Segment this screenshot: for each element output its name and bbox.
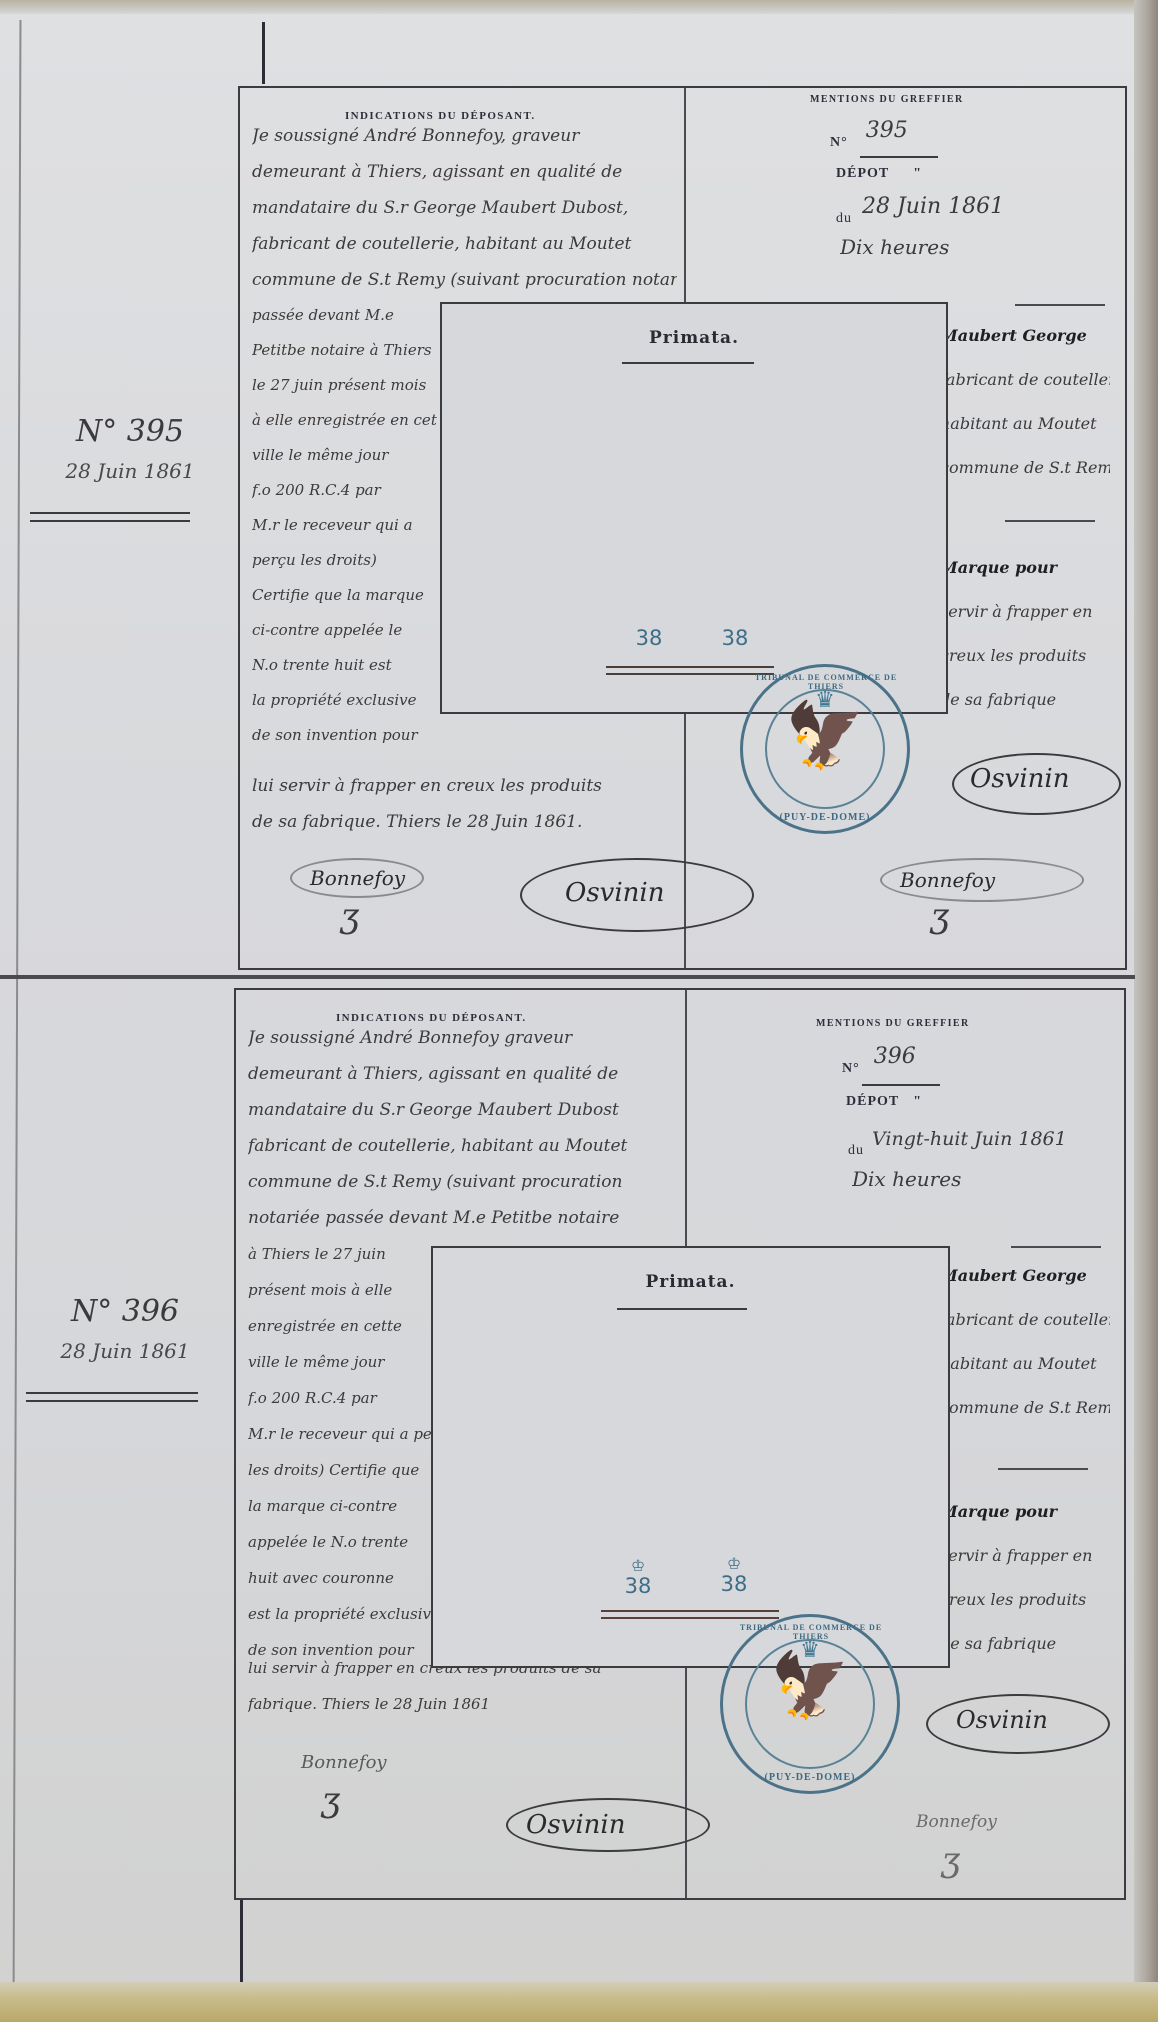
signature-paraphe: ʒ: [930, 896, 949, 936]
greffier-date: du 28 Juin 1861: [836, 192, 1004, 227]
text-line: demeurant à Thiers, agissant en qualité …: [248, 1056, 683, 1092]
text-line: ville le même jour: [252, 438, 437, 473]
text-line: lui servir à frapper en creux les produi…: [252, 768, 677, 804]
no-value: 395: [866, 116, 908, 146]
text-line: demeurant à Thiers, agissant en qualité …: [252, 154, 677, 190]
no-label: N°: [842, 1061, 860, 1076]
mark-line: creux les produits: [940, 634, 1110, 678]
deposant-text-full: Je soussigné André Bonnefoy graveur deme…: [248, 1020, 683, 1236]
signature-paraphe: ʒ: [340, 896, 359, 936]
margin-note-number: N° 396: [30, 1290, 220, 1334]
no-value: 396: [874, 1042, 916, 1072]
text-line: notariée passée devant M.e Petitbe notai…: [248, 1200, 683, 1236]
text-line: ville le même jour: [248, 1344, 433, 1380]
section-rule: [1005, 520, 1095, 522]
text-line: N.o trente huit est: [252, 648, 437, 683]
primata-title: Primata.: [433, 1272, 948, 1292]
owner-line: habitant au Moutet: [940, 1342, 1110, 1386]
signature-flourish: [506, 1798, 710, 1852]
seal-text-bottom: (PUY-DE-DOME): [743, 812, 907, 823]
text-line: présent mois à elle: [248, 1272, 433, 1308]
text-line: M.r le receveur qui a perçu: [248, 1416, 433, 1452]
mark-line: de sa fabrique: [940, 1622, 1110, 1666]
crown-icon: ♔: [709, 1556, 759, 1572]
tribunal-seal-395: ♛ 🦅 TRIBUNAL DE COMMERCE DE THIERS (PUY-…: [740, 664, 910, 834]
margin-rule: [13, 20, 22, 2010]
greffier-date: du Vingt-huit Juin 1861: [848, 1124, 1067, 1159]
text-line: commune de S.t Remy (suivant procuration: [248, 1164, 683, 1200]
signature-paraphe: ʒ: [321, 1780, 340, 1820]
owner-line: fabricant de coutellerie: [940, 1298, 1110, 1342]
number-underline: [862, 1084, 940, 1086]
imperial-eagle-icon: 🦅: [743, 701, 907, 771]
signature-flourish: [952, 753, 1121, 815]
mark-impression-right: ♔ 38: [709, 1556, 759, 1596]
text-line: les droits) Certifie que: [248, 1452, 433, 1488]
mark-line: creux les produits: [940, 1578, 1110, 1622]
greffier-depot: DÉPOT ": [836, 164, 922, 182]
deposit-hour: Dix heures: [852, 1164, 961, 1194]
mark-impression-left: ♔ 38: [613, 1558, 663, 1598]
text-line: passée devant M.e: [252, 298, 437, 333]
text-line: f.o 200 R.C.4 par: [252, 473, 437, 508]
section-rule: [1011, 1246, 1101, 1248]
depot-ditto: ": [913, 166, 922, 181]
crown-icon: ♔: [613, 1558, 663, 1574]
owner-name: Maubert George: [940, 1254, 1110, 1298]
owner-line: commune de S.t Remy: [940, 1386, 1110, 1430]
depositor-signature: Bonnefoy: [301, 1752, 387, 1773]
text-line: commune de S.t Remy (suivant procuration…: [252, 262, 677, 298]
owner-block: Maubert George fabricant de coutellerie …: [940, 314, 1110, 490]
greffier-number: N° 396: [842, 1042, 916, 1077]
greffier-number: N° 395: [830, 116, 908, 151]
owner-line: commune de S.t Remy: [940, 446, 1110, 490]
deposant-text-full: Je soussigné André Bonnefoy, graveur dem…: [252, 118, 677, 298]
mark-line: de sa fabrique: [940, 678, 1110, 722]
text-line: f.o 200 R.C.4 par: [248, 1380, 433, 1416]
mark-number: 38: [722, 626, 749, 650]
text-line: fabrique. Thiers le 28 Juin 1861: [248, 1686, 683, 1722]
greffier-heading: MENTIONS DU GREFFIER: [810, 94, 964, 105]
text-line: est la propriété exclusive: [248, 1596, 433, 1632]
text-line: mandataire du S.r George Maubert Dubost,: [252, 190, 677, 226]
deposant-text-narrow: à Thiers le 27 juin présent mois à elle …: [248, 1236, 433, 1668]
margin-note-date: 28 Juin 1861: [30, 1334, 220, 1368]
seal-text-top: TRIBUNAL DE COMMERCE DE THIERS: [751, 673, 901, 691]
text-line: de sa fabrique. Thiers le 28 Juin 1861.: [252, 804, 677, 840]
deposit-date: Vingt-huit Juin 1861: [872, 1124, 1067, 1154]
owner-line: habitant au Moutet: [940, 402, 1110, 446]
du-label: du: [836, 211, 852, 226]
depot-ditto: ": [913, 1094, 922, 1109]
primata-title-rule: [617, 1308, 747, 1310]
mark-purpose-block: Marque pour servir à frapper en creux le…: [940, 546, 1110, 722]
mark-label: Marque pour: [940, 546, 1110, 590]
text-line: fabricant de coutellerie, habitant au Mo…: [252, 226, 677, 262]
no-label: N°: [830, 135, 848, 150]
mark-line: servir à frapper en: [940, 1534, 1110, 1578]
text-line: enregistrée en cette: [248, 1308, 433, 1344]
mark-impression-left: 38: [624, 626, 674, 650]
text-line: à Thiers le 27 juin: [248, 1236, 433, 1272]
greffier-heading: MENTIONS DU GREFFIER: [816, 1018, 970, 1029]
binding-strip: [0, 1982, 1158, 2022]
owner-line: fabricant de coutellerie: [940, 358, 1110, 402]
text-line: Petitbe notaire à Thiers: [252, 333, 437, 368]
tribunal-seal-396: ♛ 🦅 TRIBUNAL DE COMMERCE DE THIERS (PUY-…: [720, 1614, 900, 1794]
section-rule: [998, 1468, 1088, 1470]
imperial-eagle-icon: 🦅: [723, 1651, 897, 1721]
text-line: M.r le receveur qui a: [252, 508, 437, 543]
primata-title: Primata.: [442, 328, 946, 348]
primata-title-rule: [622, 362, 754, 364]
mark-number: 38: [636, 626, 663, 650]
signature-flourish: [520, 858, 754, 932]
text-line: Je soussigné André Bonnefoy, graveur: [252, 118, 677, 154]
text-line: de son invention pour: [252, 718, 437, 753]
page-top-edge: [0, 0, 1158, 14]
section-rule: [1015, 304, 1105, 306]
margin-note-395: N° 395 28 Juin 1861: [40, 410, 220, 488]
margin-note-number: N° 395: [40, 410, 220, 454]
text-line: à elle enregistrée en cette: [252, 403, 437, 438]
owner-block: Maubert George fabricant de coutellerie …: [940, 1254, 1110, 1430]
signature-flourish: [880, 858, 1084, 902]
mark-line: servir à frapper en: [940, 590, 1110, 634]
greffier-hour: Dix heures: [840, 232, 949, 267]
top-margin-tick: [262, 22, 265, 84]
number-underline: [860, 156, 938, 158]
text-line: appelée le N.o trente: [248, 1524, 433, 1560]
deposit-date: 28 Juin 1861: [862, 192, 1004, 222]
mark-number: 38: [625, 1574, 652, 1598]
margin-note-396: N° 396 28 Juin 1861: [30, 1290, 220, 1368]
signature-flourish: [926, 1694, 1110, 1754]
primata-box-395: Primata. 38 38: [440, 302, 948, 714]
signature-flourish: [290, 858, 424, 898]
deposant-text-bottom: lui servir à frapper en creux les produi…: [252, 768, 677, 840]
primata-box-396: Primata. ♔ 38 ♔ 38: [431, 1246, 950, 1668]
bottom-margin-tick: [240, 1900, 243, 1985]
margin-double-rule: [26, 1392, 198, 1402]
greffier-hour: Dix heures: [852, 1164, 961, 1199]
greffier-depositor-signature: Bonnefoy: [916, 1812, 997, 1832]
mark-number: 38: [721, 1572, 748, 1596]
mark-label: Marque pour: [940, 1490, 1110, 1534]
signature-paraphe: ʒ: [941, 1840, 960, 1880]
mark-impression-right: 38: [710, 626, 760, 650]
entry-divider: [0, 975, 1135, 979]
text-line: perçu les droits): [252, 543, 437, 578]
du-label: du: [848, 1143, 864, 1158]
text-line: huit avec couronne: [248, 1560, 433, 1596]
greffier-depot: DÉPOT ": [846, 1092, 922, 1110]
depot-label: DÉPOT: [836, 166, 889, 181]
text-line: ci-contre appelée le: [252, 613, 437, 648]
depot-label: DÉPOT: [846, 1094, 899, 1109]
mark-purpose-block: Marque pour servir à frapper en creux le…: [940, 1490, 1110, 1666]
register-page: N° 395 28 Juin 1861 INDICATIONS DU DÉPOS…: [0, 0, 1158, 2022]
margin-double-rule: [30, 512, 190, 522]
text-line: fabricant de coutellerie, habitant au Mo…: [248, 1128, 683, 1164]
text-line: Certifie que la marque: [252, 578, 437, 613]
text-line: Je soussigné André Bonnefoy graveur: [248, 1020, 683, 1056]
seal-text-top: TRIBUNAL DE COMMERCE DE THIERS: [733, 1623, 889, 1641]
text-line: le 27 juin présent mois: [252, 368, 437, 403]
owner-name: Maubert George: [940, 314, 1110, 358]
text-line: la marque ci-contre: [248, 1488, 433, 1524]
margin-note-date: 28 Juin 1861: [40, 454, 220, 488]
seal-text-bottom: (PUY-DE-DOME): [723, 1772, 897, 1783]
deposant-text-narrow: passée devant M.e Petitbe notaire à Thie…: [252, 298, 437, 753]
mark-double-rule: [601, 1610, 779, 1619]
mark-double-rule: [606, 666, 774, 675]
text-line: la propriété exclusive: [252, 683, 437, 718]
deposit-hour: Dix heures: [840, 232, 949, 262]
text-line: mandataire du S.r George Maubert Dubost: [248, 1092, 683, 1128]
page-right-edge: [1134, 0, 1158, 2022]
